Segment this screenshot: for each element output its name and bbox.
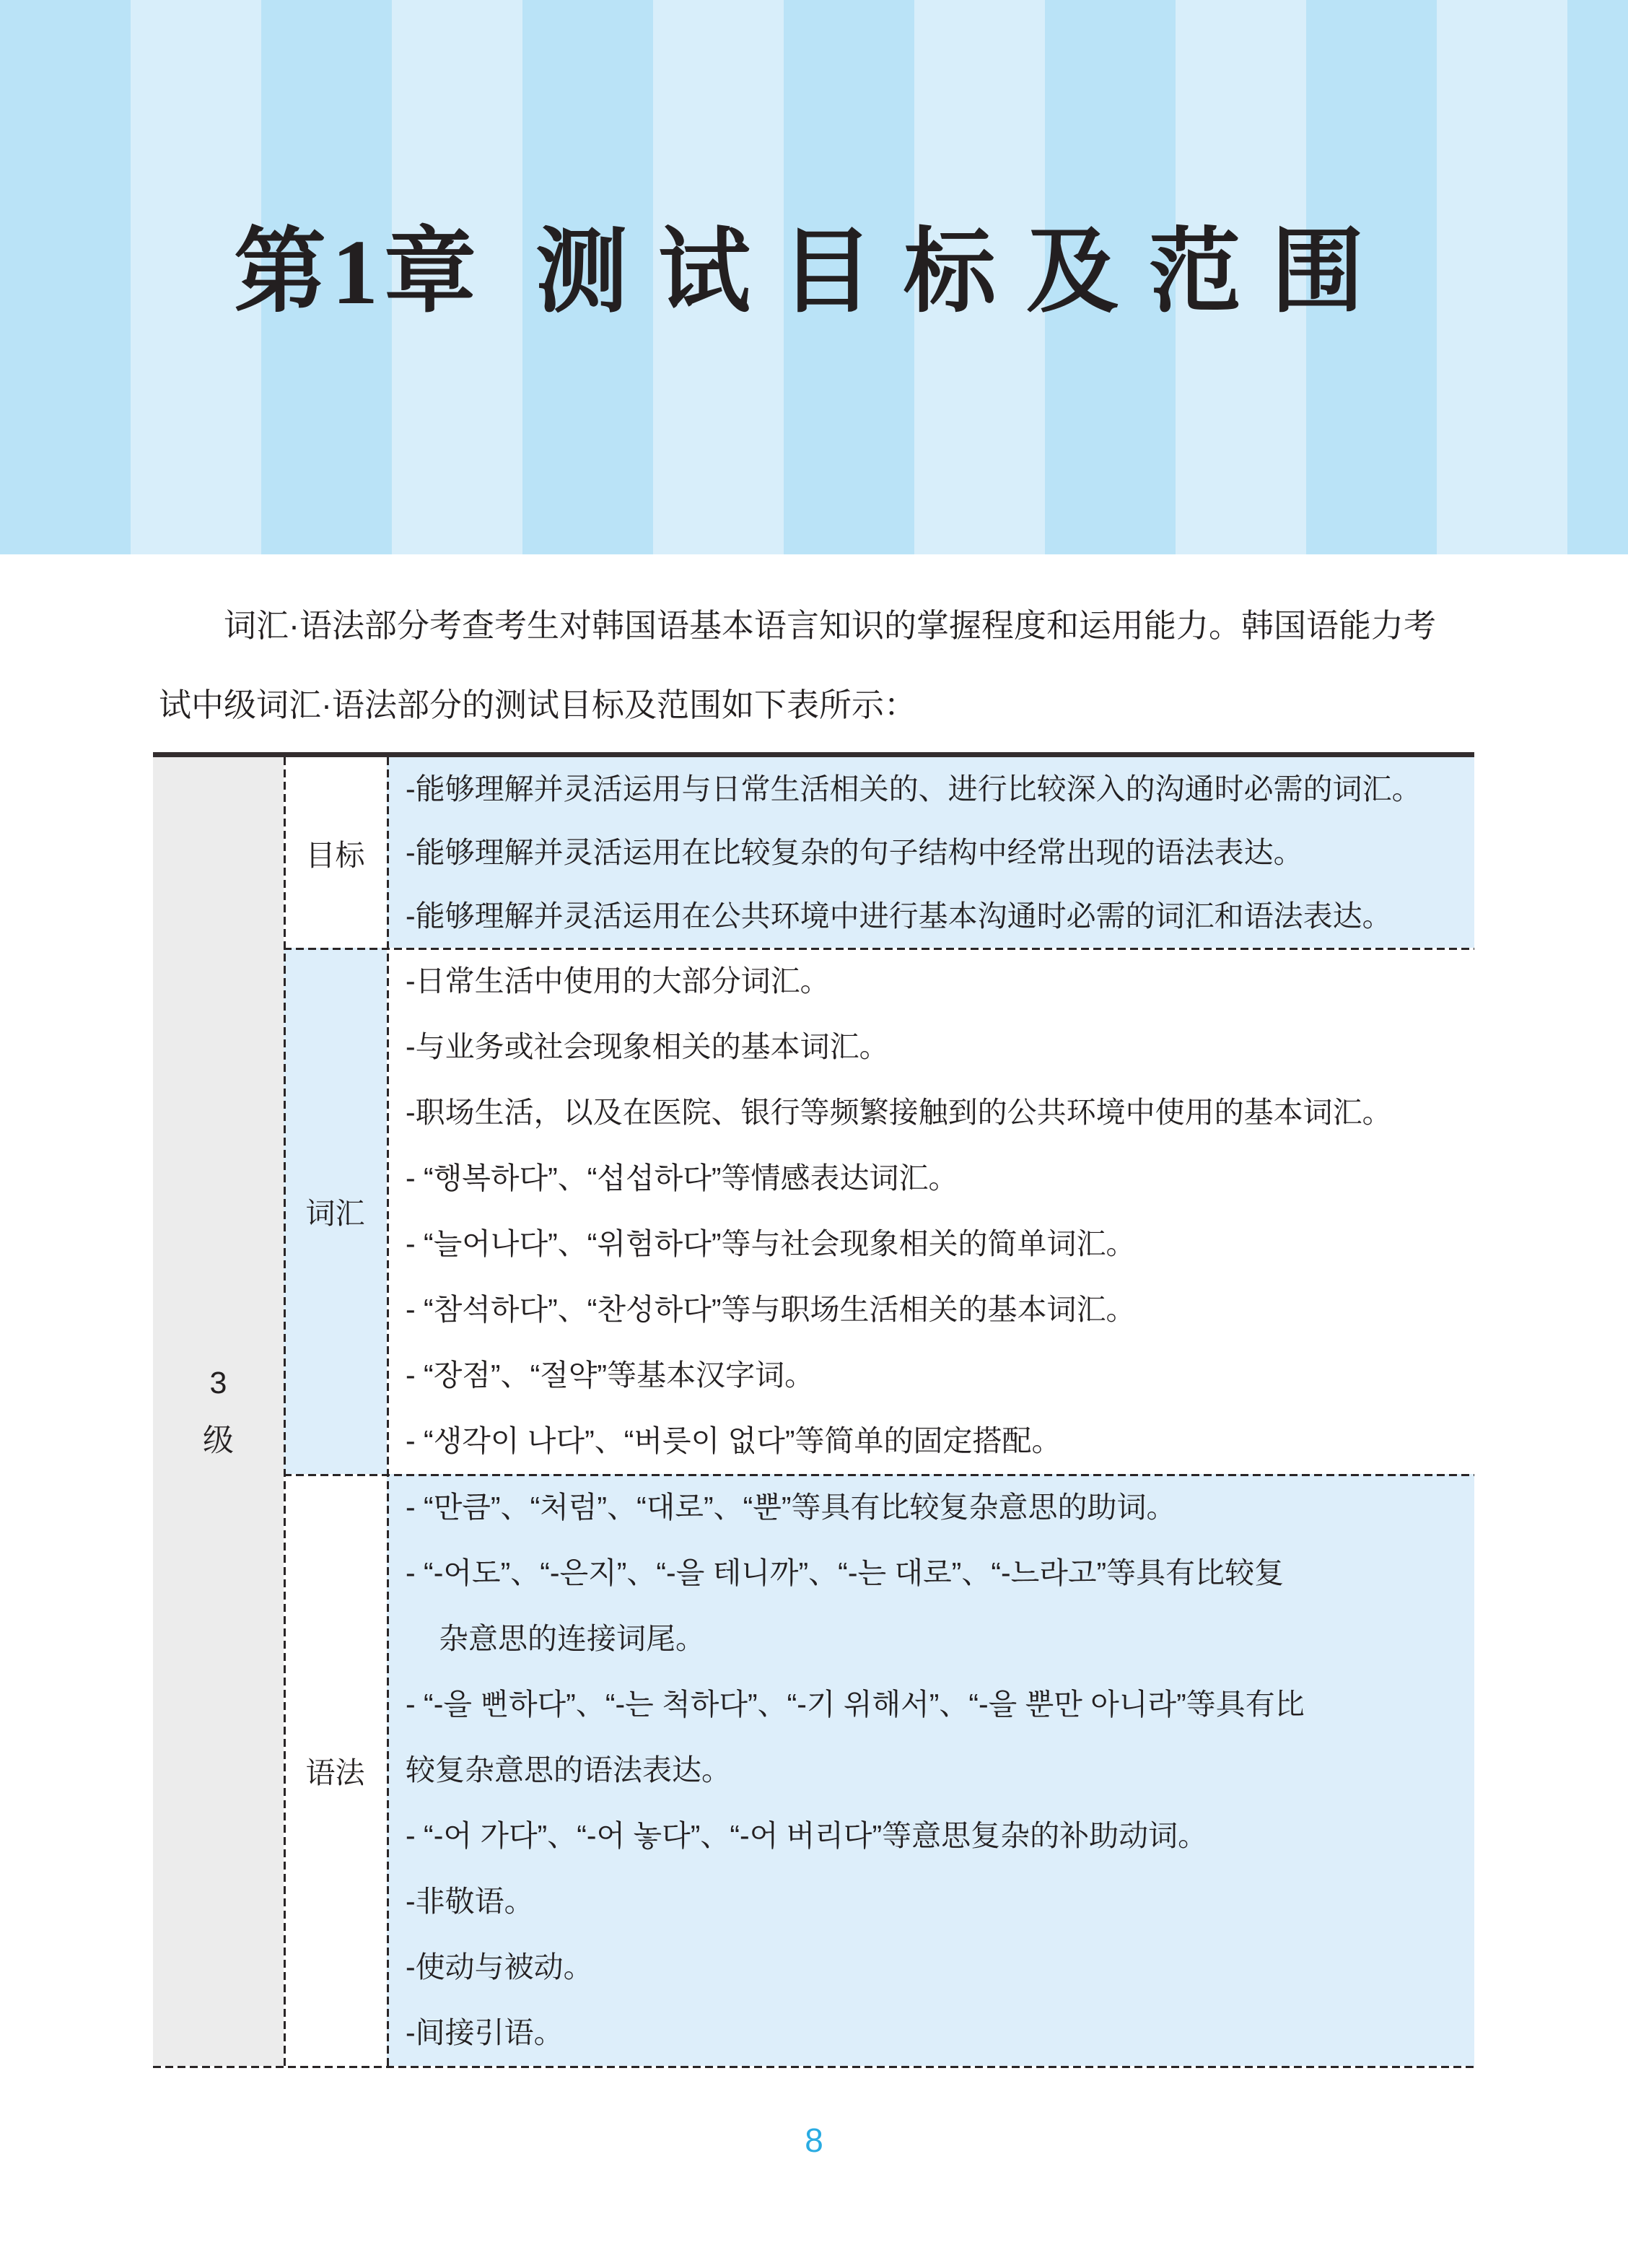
level-cell: 3 级 <box>153 757 284 2066</box>
table-content-line: - “참석하다”、“찬성하다”等与职场生活相关的基本词汇。 <box>387 1277 1474 1343</box>
table-content-line: -使动与被动。 <box>387 1935 1474 2000</box>
page-number: 8 <box>0 2121 1628 2160</box>
table-content-line: -能够理解并灵活运用在公共环境中进行基本沟通时必需的词汇和语法表达。 <box>387 884 1474 948</box>
table-content-line: 杂意思的连接词尾。 <box>387 1606 1474 1672</box>
row-label-text: 语法 <box>306 1749 365 1792</box>
intro-line-1: 词汇·语法部分考查考生对韩国语基本语言知识的掌握程度和运用能力。韩国语能力考 <box>159 586 1515 666</box>
row-label-vocab: 词汇 <box>284 948 387 1474</box>
table-content-line: - “-어도”、“-은지”、“-을 테니까”、“-는 대로”、“-느라고”等具有… <box>387 1540 1474 1606</box>
table-content-line: - “행복하다”、“섭섭하다”等情感表达词汇。 <box>387 1146 1474 1211</box>
goal-content-cell: -能够理解并灵活运用与日常生活相关的、进行比较深入的沟通时必需的词汇。-能够理解… <box>387 757 1474 948</box>
vocab-content-cell: -日常生活中使用的大部分词汇。-与业务或社会现象相关的基本词汇。-职场生活，以及… <box>387 948 1474 1474</box>
intro-paragraph: 词汇·语法部分考查考生对韩国语基本语言知识的掌握程度和运用能力。韩国语能力考 试… <box>159 586 1515 745</box>
chapter-number: 第1章 <box>234 221 482 323</box>
table-top-border <box>153 752 1474 757</box>
row-label-text: 目标 <box>306 832 365 874</box>
table-content-line: -非敬语。 <box>387 1869 1474 1935</box>
table-content-line: - “늘어나다”、“위험하다”等与社会现象相关的简单词汇。 <box>387 1211 1474 1277</box>
row-label-grammar: 语法 <box>284 1474 387 2066</box>
table-content-line: -日常生活中使用的大部分词汇。 <box>387 948 1474 1014</box>
table-content-line: - “생각이 나다”、“버릇이 없다”等简单的固定搭配。 <box>387 1408 1474 1474</box>
row-label-text: 词汇 <box>306 1190 365 1232</box>
table-content-line: - “장점”、“절약”等基本汉字词。 <box>387 1343 1474 1408</box>
table-content-line: -能够理解并灵活运用在比较复杂的句子结构中经常出现的语法表达。 <box>387 821 1474 884</box>
book-page: 第1章测试目标及范围 词汇·语法部分考查考生对韩国语基本语言知识的掌握程度和运用… <box>0 0 1628 2268</box>
chapter-title: 第1章测试目标及范围 <box>0 211 1628 333</box>
table-content-line: -职场生活，以及在医院、银行等频繁接触到的公共环境中使用的基本词汇。 <box>387 1080 1474 1146</box>
table-content-line: -能够理解并灵活运用与日常生活相关的、进行比较深入的沟通时必需的词汇。 <box>387 757 1474 821</box>
grammar-content-cell: - “만큼”、“처럼”、“대로”、“뿐”等具有比较复杂意思的助词。- “-어도”… <box>387 1474 1474 2066</box>
level-number: 3 <box>210 1354 227 1412</box>
table-content-line: - “만큼”、“처럼”、“대로”、“뿐”等具有比较复杂意思的助词。 <box>387 1475 1474 1540</box>
table-content-line: -间接引语。 <box>387 2000 1474 2066</box>
row-label-goal: 目标 <box>284 757 387 948</box>
table-content-line: - “-어 가다”、“-어 놓다”、“-어 버리다”等意思复杂的补助动词。 <box>387 1803 1474 1869</box>
table-content-line: -与业务或社会现象相关的基本词汇。 <box>387 1014 1474 1080</box>
table-content-line: - “-을 뻔하다”、“-는 척하다”、“-기 위해서”、“-을 뿐만 아니라”… <box>387 1672 1474 1737</box>
table-content-line: 较复杂意思的语法表达。 <box>387 1737 1474 1803</box>
intro-line-2: 试中级词汇·语法部分的测试目标及范围如下表所示： <box>159 666 1515 745</box>
level-word: 级 <box>203 1412 234 1470</box>
chapter-title-text: 测试目标及范围 <box>535 221 1394 323</box>
table-bottom-border <box>153 2066 1474 2068</box>
